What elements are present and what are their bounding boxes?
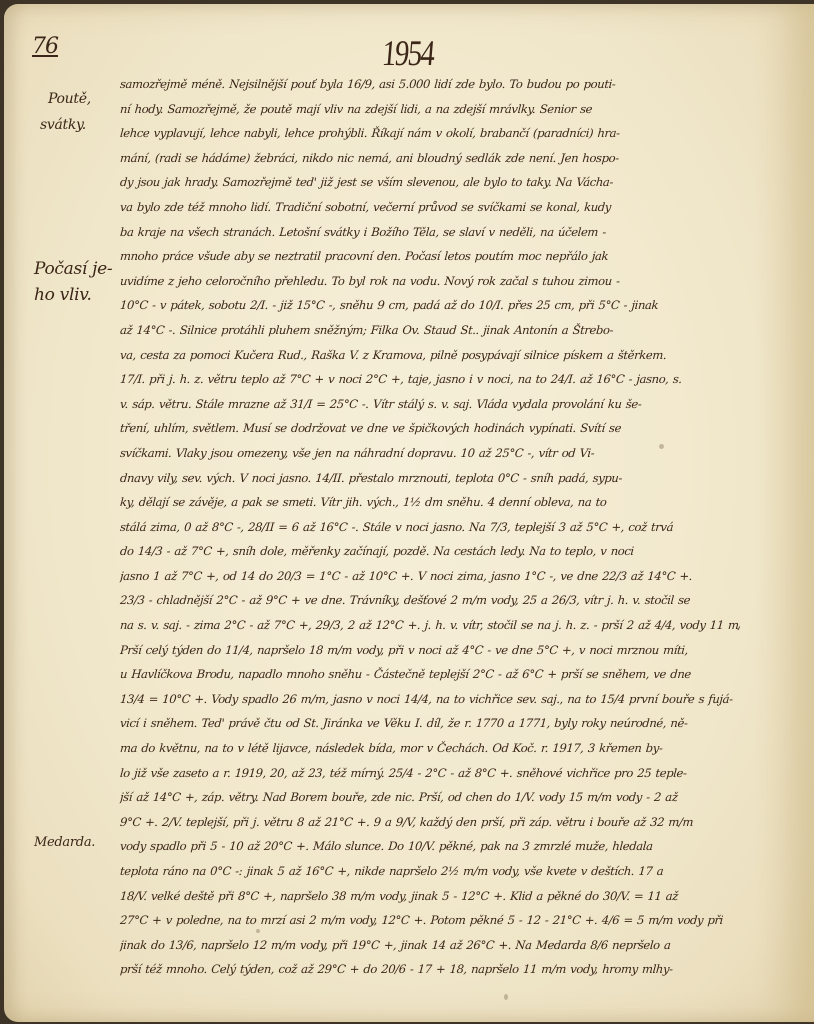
text-line: prší též mnoho. Celý týden, což až 29°C … [119,957,741,982]
text-line: 17/I. při j. h. z. větru teplo až 7°C + … [119,367,741,392]
text-line: stálá zima, 0 až 8°C -, 28/II = 6 až 16°… [119,515,741,540]
text-line: v. sáp. větru. Stále mrazne až 31/I = 25… [119,392,741,417]
text-line: jinak do 13/6, napršelo 12 m/m vody, při… [119,933,741,958]
text-line: lehce vyplavují, lehce nabyli, lehce pro… [119,121,741,146]
text-line: na s. v. saj. - zima 2°C - až 7°C +, 29/… [119,613,741,638]
text-line: 27°C + v poledne, na to mrzí asi 2 m/m v… [119,908,741,933]
paper-blemish [504,994,508,1000]
text-line: dy jsou jak hrady. Samozřejmě ted' již j… [119,170,741,195]
text-line: jasno 1 až 7°C +, od 14 do 20/3 = 1°C - … [119,564,741,589]
margin-note-line: ho vliv. [34,282,112,308]
text-line: teplota ráno na 0°C -: jinak 5 až 16°C +… [119,859,741,884]
text-line: dnavy vily, sev. vých. V noci jasno. 14/… [119,466,741,491]
text-line: va bylo zde též mnoho lidí. Tradiční sob… [119,195,741,220]
manuscript-page: 76 1954 Poutě, svátky. Počasí je- ho vli… [4,4,814,1022]
text-line: 13/4 = 10°C +. Vody spadlo 26 m/m, jasno… [119,687,741,712]
text-line: samozřejmě méně. Nejsilnější pouť byla 1… [119,72,741,97]
margin-note-line: Poutě, [40,86,91,112]
margin-note-pouti-svatky: Poutě, svátky. [40,86,91,138]
text-line: ní hody. Samozřejmě, že poutě mají vliv … [119,97,741,122]
margin-note-pocasi: Počasí je- ho vliv. [34,256,112,308]
year-heading: 1954 [380,32,435,74]
text-line: ky, dělají se závěje, a pak se smeti. Ví… [119,490,741,515]
margin-note-line: Počasí je- [34,256,112,282]
text-line: vody spadlo při 5 - 10 až 20°C +. Málo s… [119,834,741,859]
text-line: 23/3 - chladnější 2°C - až 9°C + ve dne.… [119,588,741,613]
page-number: 76 [32,34,58,59]
text-line: mání, (radi se hádáme) žebráci, nikdo ni… [119,146,741,171]
text-line: do 14/3 - až 7°C +, sníh dole, měřenky z… [119,539,741,564]
text-line: ma do květnu, na to v létě lijavce, násl… [119,736,741,761]
margin-note-medarda: Medarda. [34,830,95,856]
body-text: samozřejmě méně. Nejsilnější pouť byla 1… [120,72,740,982]
text-line: va, cesta za pomoci Kučera Rud., Raška V… [119,343,741,368]
scanned-page-background: 76 1954 Poutě, svátky. Počasí je- ho vli… [0,0,814,1024]
text-line: 10°C - v pátek, sobotu 2/I. - již 15°C -… [119,293,741,318]
text-line: jší až 14°C +, záp. větry. Nad Borem bou… [119,785,741,810]
text-line: mnoho práce všude aby se neztratil praco… [119,244,741,269]
text-line: 9°C +. 2/V. teplejší, při j. větru 8 až … [119,810,741,835]
text-line: svíčkami. Vlaky jsou omezeny, vše jen na… [119,441,741,466]
text-line: 18/V. velké deště při 8°C +, napršelo 38… [119,884,741,909]
paper-blemish [659,444,664,449]
margin-note-line: Medarda. [34,830,95,856]
text-line: ba kraje na všech stranách. Letošní svát… [119,220,741,245]
margin-note-line: svátky. [40,112,91,138]
text-line: až 14°C -. Silnice protáhli pluhem sněžn… [119,318,741,343]
text-line: lo již vše zaseto a r. 1919, 20, až 23, … [119,761,741,786]
text-line: tření, uhlím, světlem. Musí se dodržovat… [119,416,741,441]
text-line: uvidíme z jeho celoročního přehledu. To … [119,269,741,294]
text-line: vicí i sněhem. Ted' právě čtu od St. Jir… [119,711,741,736]
text-line: Prší celý týden do 11/4, napršelo 18 m/m… [119,638,741,663]
text-line: u Havlíčkova Brodu, napadlo mnoho sněhu … [119,662,741,687]
paper-blemish [256,929,260,933]
